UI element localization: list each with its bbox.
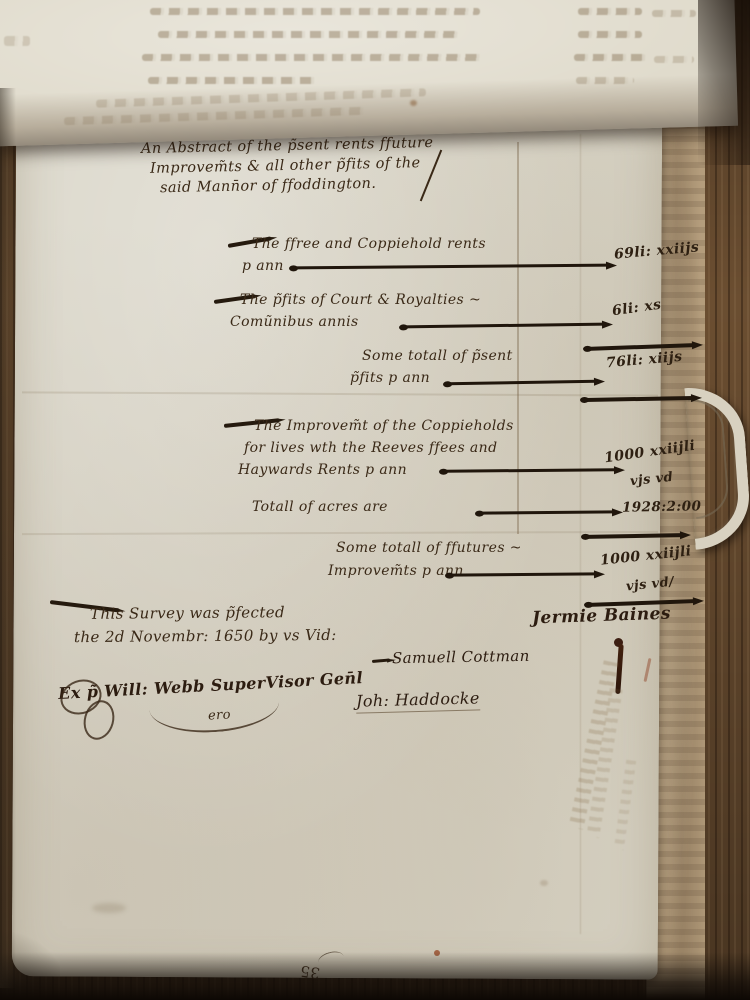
column-rule-line (517, 142, 519, 534)
entry3-line-1: Some totall of p̃sent (362, 348, 513, 364)
manuscript-photo: An Abstract of the p̃sent rents ffuture … (0, 0, 750, 1000)
entry4-line-2: for lives wth the Reeves ffees and (244, 440, 497, 456)
entry4-line-3: Haywards Rents p ann (238, 462, 407, 478)
ghost-number-column (652, 10, 696, 17)
ghost-text-line (150, 8, 480, 15)
ghost-text-line (142, 54, 484, 61)
acres-total-value: 1928:2:00 (622, 498, 702, 515)
signature-cottman: Samuell Cottman (392, 647, 530, 667)
bottom-edge-shadow (0, 952, 750, 1000)
stain-spot (410, 100, 417, 106)
ghost-number-column (574, 54, 646, 61)
ghost-number-column (654, 56, 694, 63)
ghost-number-column (578, 31, 642, 38)
entry1-line-2: p ann (242, 258, 284, 274)
entry4-line-1: The Improvem̃t of the Coppieholds (254, 418, 514, 434)
signature-haddocke: Joh: Haddocke (356, 688, 480, 713)
entry5-line-1: Totall of acres are (252, 499, 388, 515)
ghost-text-line (148, 77, 316, 84)
left-edge-shadow (0, 88, 16, 988)
entry2-line-1: The p̃fits of Court & Royalties ~ (240, 292, 481, 308)
top-right-shadow (698, 0, 750, 165)
folded-over-leaf (0, 0, 738, 146)
ghost-text-line (158, 31, 458, 38)
entry2-line-2: Comũnibus annis (230, 314, 359, 330)
ghost-edge-mark (4, 36, 30, 46)
entry3-line-2: p̃fits p ann (350, 370, 430, 386)
ghost-number-column (578, 8, 642, 15)
ghost-number-column (576, 77, 634, 84)
stain-spot (540, 880, 548, 886)
entry1-line-1: The ffree and Coppiehold rents (252, 236, 486, 252)
attestation-line-2: the 2d Novembr: 1650 by vs Vid: (74, 626, 337, 646)
entry6-line-1: Some totall of ffutures ~ (336, 540, 522, 556)
entry6-line-2: Improvem̃ts p ann (328, 563, 464, 579)
attestation-line-1: This Survey was p̃fected (90, 603, 285, 623)
smudge (92, 903, 126, 913)
manuscript-page (12, 94, 663, 979)
